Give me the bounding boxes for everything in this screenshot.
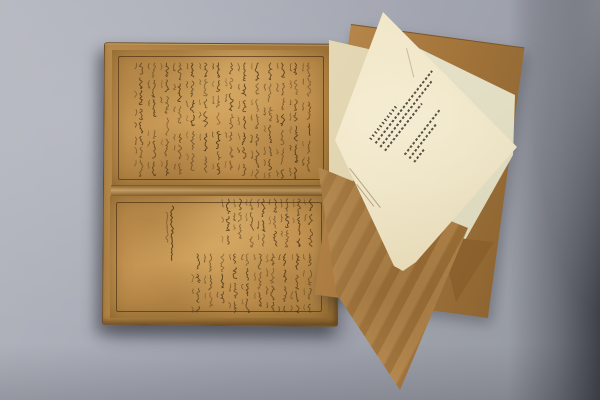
typed-line — [369, 104, 398, 140]
register-page-bottom — [110, 196, 328, 318]
page-border-frame — [116, 202, 322, 312]
paper-crease-mark — [406, 48, 414, 77]
book-spine-fold — [111, 185, 330, 196]
page-border-frame — [118, 56, 324, 180]
register-page-top — [112, 50, 330, 186]
photo-of-archive-documents — [0, 0, 600, 400]
